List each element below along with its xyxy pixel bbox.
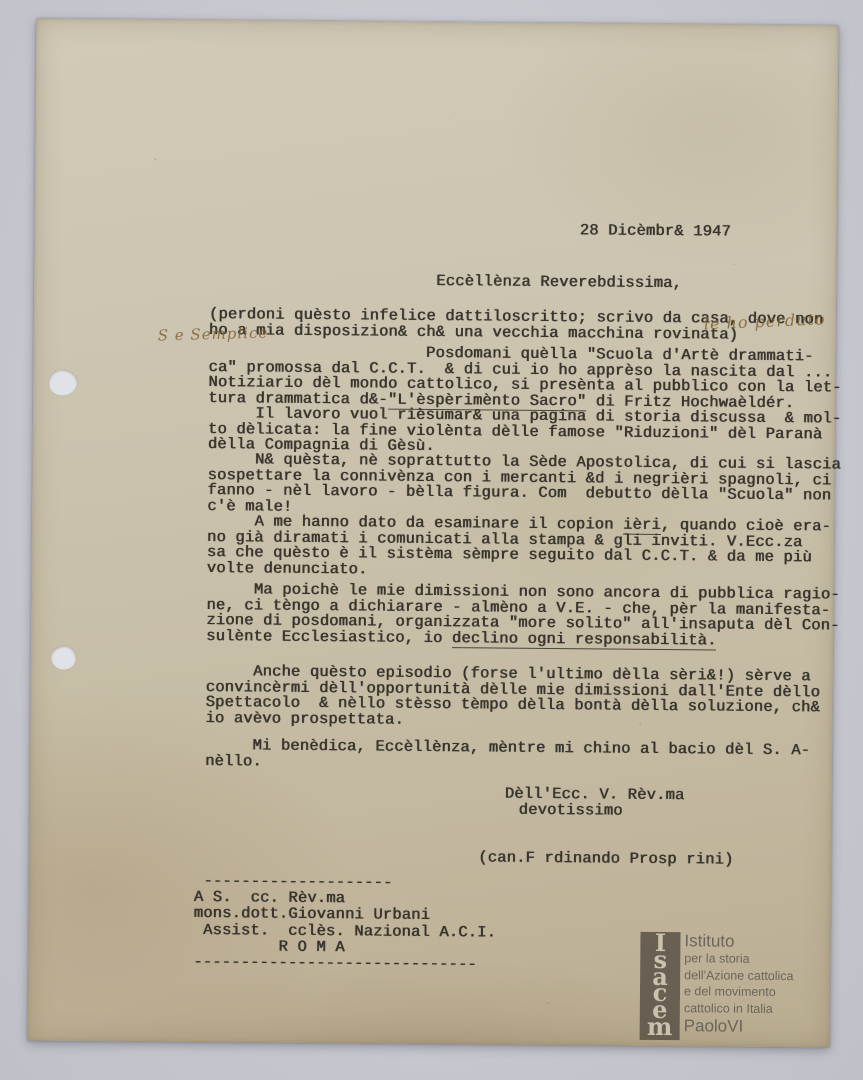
underlined-text: declino ogni responsabilità. — [452, 629, 717, 650]
isacem-text: Istituto per la storiadell'Azione cattol… — [684, 932, 794, 1036]
archive-photo: 28 Dicèmbr& 1947 Eccèllènza Reverebdissi… — [0, 0, 863, 1080]
watermark-title: Istituto — [684, 932, 794, 951]
body-paragraph: N& quèsta, nè soprattutto la Sède Aposto… — [207, 452, 841, 520]
handwritten-margin-note: S e Semplice — [158, 324, 269, 345]
closing-line-2: devotissimo — [519, 803, 623, 819]
watermark-line: per la storia — [684, 950, 794, 968]
watermark-line: cattolico in Italia — [684, 1000, 794, 1018]
isacem-watermark: Isacem Istituto per la storiadell'Azione… — [640, 932, 794, 1041]
body-paragraph: A me hanno dato da esaminare il copion i… — [207, 514, 831, 581]
body-paragraph: Mi benèdica, Eccèllènza, mèntre mi chino… — [205, 738, 810, 774]
letter-body: (perdoni quèsto infelice dattiloscritto;… — [36, 19, 838, 26]
watermark-line: e del movimento — [684, 983, 794, 1001]
isacem-logo: Isacem — [640, 932, 681, 1040]
address-line: ------------------------------ — [193, 955, 496, 974]
watermark-lines: per la storiadell'Azione cattolicae del … — [684, 950, 794, 1017]
body-paragraph: Anche quèsto episodio (forse l'ultimo dè… — [205, 664, 820, 731]
watermark-footer: PaoloVI — [684, 1017, 794, 1037]
body-paragraph: Ma poichè le mie dimissioni non sono anc… — [206, 582, 840, 650]
letter-page: 28 Dicèmbr& 1947 Eccèllènza Reverebdissi… — [28, 19, 839, 1048]
logo-letter: m — [640, 1019, 680, 1036]
text-segment: nèllo. — [205, 752, 262, 770]
watermark-line: dell'Azione cattolica — [684, 967, 794, 985]
text-segment: volte denunciato. — [207, 559, 368, 578]
text-segment: io avèvo prospettata. — [205, 709, 404, 729]
letter-salutation: Eccèllènza Reverebdissima, — [436, 274, 682, 292]
recipient-address-block: --------------------A S. cc. Rèv.mamons.… — [193, 874, 496, 974]
letter-date: 28 Dicèmbr& 1947 — [580, 223, 731, 240]
text-segment: sulènte Ecclesiastico, io — [206, 627, 452, 647]
body-paragraph: Posdomani quèlla "Scuola d'Artè drammati… — [208, 344, 842, 412]
punch-hole-bottom — [49, 644, 77, 671]
text-segment: ho a mia disposizion& ch& una vecchia ma… — [209, 321, 738, 344]
signature-line: (can.F rdinando Prosp rini) — [478, 850, 733, 868]
punch-hole-top — [47, 367, 80, 398]
